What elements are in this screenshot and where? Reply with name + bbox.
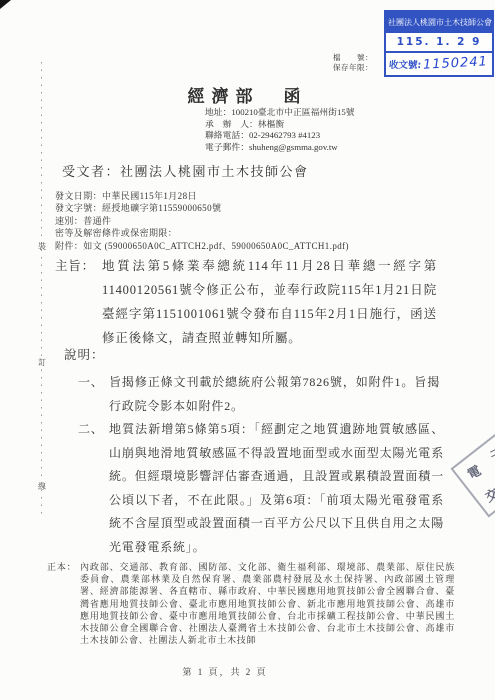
explanation-item-2-text: 地質法新增第5條第5項：「經劃定之地質遺跡地質敏感區、山崩與地滑地質敏感區不得設… <box>109 418 444 559</box>
sender-info: 地址：100210臺北市中正區福州街15號 承 辦 人：林樞衡 聯絡電話：02-… <box>205 107 355 154</box>
subject-label: 主旨： <box>55 254 102 278</box>
page-footer: 第 1 頁，共 2 頁 <box>0 665 450 678</box>
receipt-number-label: 收文號: <box>389 57 422 71</box>
sender-contact-person: 承 辦 人：林樞衡 <box>205 119 355 131</box>
document-meta: 發文日期：中華民國115年1月28日 發文字號：經授地礦字第1155900065… <box>55 190 349 252</box>
receipt-stamp-number-row: 收文號: 1150241 <box>386 53 492 75</box>
binding-mark-ding: 訂 <box>36 357 48 368</box>
file-no-label: 檔 號： <box>333 53 373 63</box>
receipt-stamp-org: 社團法人桃園市土木技師公會 <box>386 12 492 33</box>
electronic-exchange-stamp: 電 子 交 換 <box>450 430 495 517</box>
binding-dotted-line <box>41 62 42 514</box>
document-title: 經濟部 函 <box>0 82 495 107</box>
issue-number: 發文字號：經授地礦字第11559000650號 <box>55 202 349 214</box>
subject-text: 地質法第5條業奉總統114年11月28日華總一經字第11400120561號令修… <box>102 254 437 350</box>
copy-to-label: 正本： <box>47 561 80 573</box>
scan-corner-artifact <box>0 0 11 9</box>
explanation-item-2: 二、 地質法新增第5條第5項：「經劃定之地質遺跡地質敏感區、山崩與地滑地質敏感區… <box>78 418 444 559</box>
recipient-line: 受文者：社團法人桃園市土木技師公會 <box>62 161 309 180</box>
receipt-number-handwritten: 1150241 <box>423 54 489 72</box>
explanation-item-2-number: 二、 <box>78 418 109 442</box>
explanation-item-1-number: 一、 <box>78 371 109 395</box>
copy-to-section: 正本： 內政部、交通部、教育部、國防部、文化部、衛生福利部、環境部、農業部、原住… <box>47 561 455 646</box>
scanned-official-letter: 裝 訂 線 檔 號： 保存年限： 社團法人桃園市土木技師公會 115. 1. 2… <box>0 0 495 700</box>
classification: 密等及解密條件或保密期限： <box>55 227 349 239</box>
binding-mark-xian: 線 <box>36 481 48 492</box>
issue-date: 發文日期：中華民國115年1月28日 <box>55 190 349 202</box>
stamp-char-3: 交 <box>481 483 495 506</box>
receipt-stamp-date: 115. 1. 2 9 <box>386 33 492 53</box>
sender-email: 電子郵件：shuheng@gsmma.gov.tw <box>205 142 355 154</box>
subject-section: 主旨： 地質法第5條業奉總統114年11月28日華總一經字第1140012056… <box>55 254 437 350</box>
file-labels: 檔 號： 保存年限： <box>333 53 373 73</box>
receipt-stamp: 社團法人桃園市土木技師公會 115. 1. 2 9 收文號: 1150241 <box>384 10 494 77</box>
stamp-char-1: 電 <box>463 460 483 483</box>
retention-label: 保存年限： <box>333 63 373 73</box>
explanation-item-1: 一、 旨揭修正條文刊載於總統府公報第7826號，如附件1。旨揭行政院令影本如附件… <box>78 371 440 418</box>
explanation-item-1-text: 旨揭修正條文刊載於總統府公報第7826號，如附件1。旨揭行政院令影本如附件2。 <box>109 371 440 418</box>
explanation-label: 說明： <box>64 345 105 363</box>
sender-address: 地址：100210臺北市中正區福州街15號 <box>205 107 355 119</box>
delivery-speed: 速別：普通件 <box>55 215 349 227</box>
attachments: 附件：如文 (59000650A0C_ATTCH2.pdf、59000650A0… <box>55 240 349 252</box>
binding-mark-zhuang: 裝 <box>36 241 48 252</box>
sender-phone: 聯絡電話：02-29462793 #4123 <box>205 130 355 142</box>
stamp-char-2: 子 <box>486 442 495 465</box>
copy-to-text: 內政部、交通部、教育部、國防部、文化部、衛生福利部、環境部、農業部、原住民族委員… <box>80 561 455 646</box>
